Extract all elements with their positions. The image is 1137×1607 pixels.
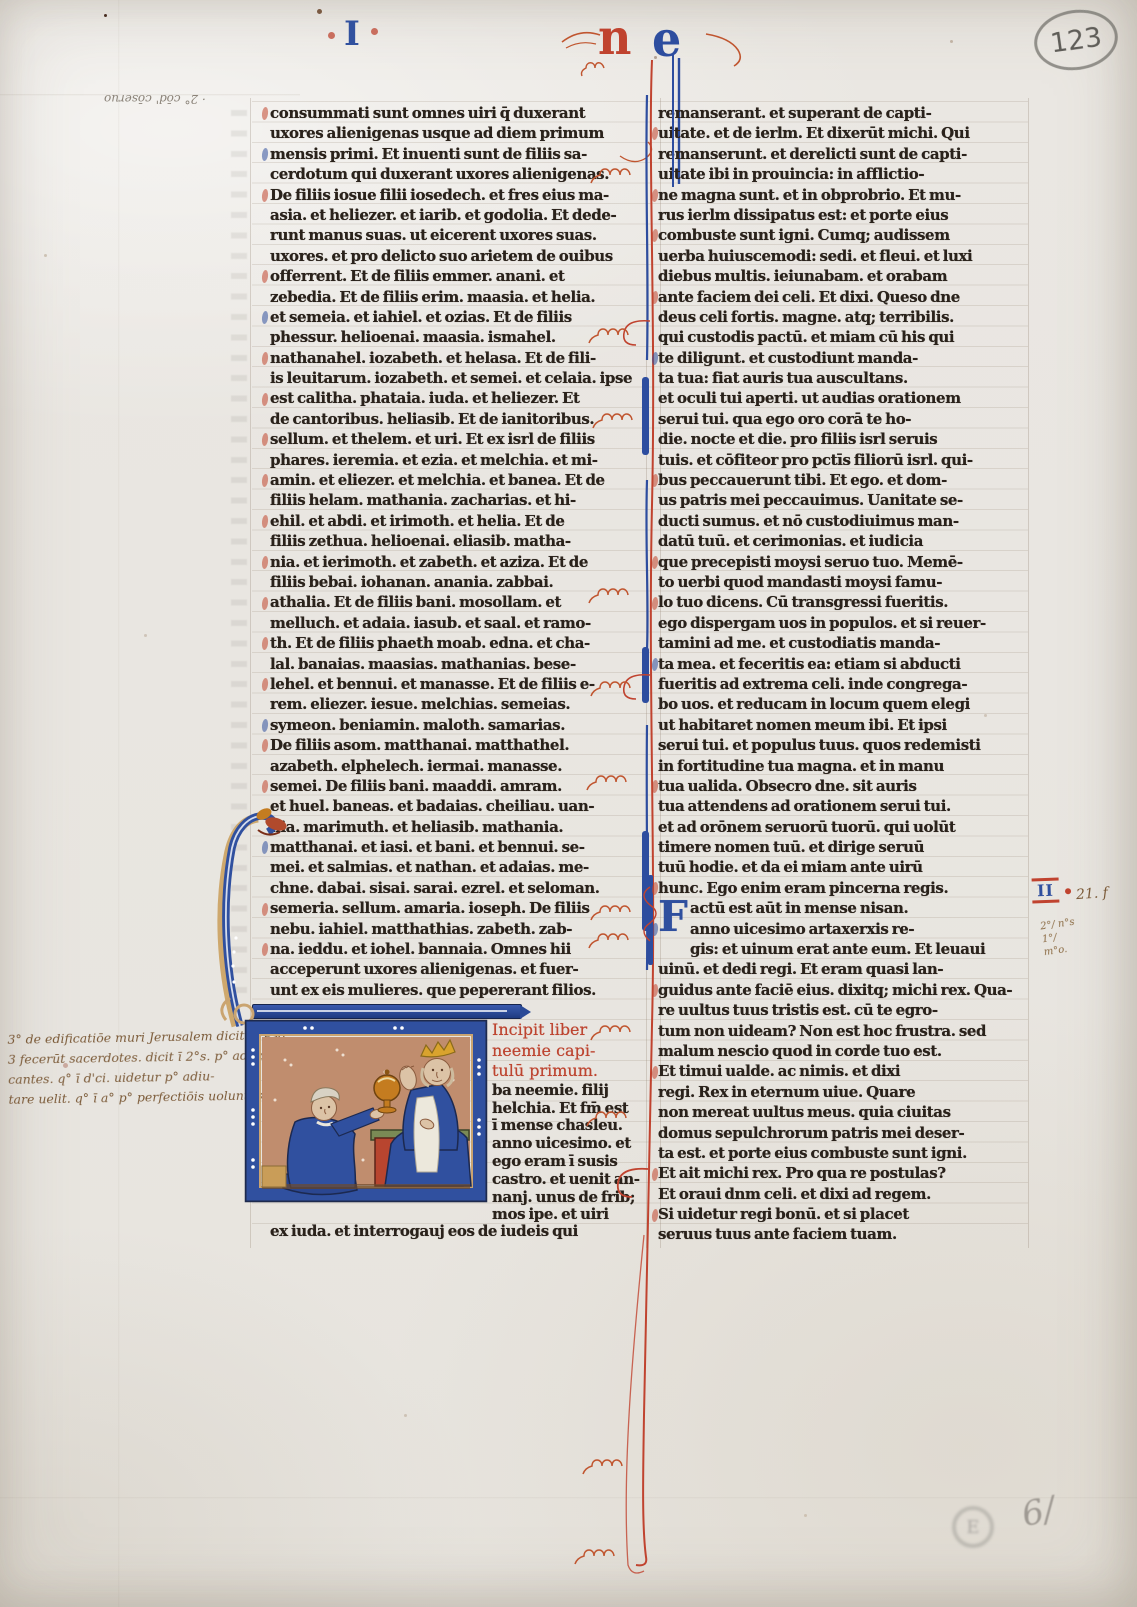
inverted-marginal-note: · 2° cōd' cōseruo xyxy=(104,92,206,106)
right-margin-scribbles: 2°/ n°s1°/m°o. xyxy=(1039,916,1079,959)
folio-number-text: 123 xyxy=(1048,21,1103,59)
rubrication-dab xyxy=(261,719,269,733)
rubrication-dab xyxy=(261,107,269,121)
manuscript-line: serui tui. qua ego oro corā te ho- xyxy=(658,409,1026,429)
parchment-speckles xyxy=(104,14,107,17)
manuscript-line: anno uicesimo artaxerxis re- xyxy=(658,919,1026,939)
ground-line xyxy=(262,1184,470,1189)
manuscript-line: que precepisti moysi seruo tuo. Memē- xyxy=(658,552,1026,572)
manuscript-line: ta est. et porte eius combuste sunt igni… xyxy=(658,1143,1026,1163)
rubrication-dab xyxy=(261,270,269,284)
manuscript-line: regi. Rex in eternum uiue. Quare xyxy=(658,1082,1026,1102)
manuscript-line: uitate. et de ierlm. Et dixerūt michi. Q… xyxy=(658,123,1026,143)
column2-nehemiah1: remanserant. et superant de capti-uitate… xyxy=(658,103,1026,898)
folio-number: 123 xyxy=(1030,4,1122,75)
column2-nehemiah2: actū est aūt in mense nisan.anno uicesim… xyxy=(658,898,1026,1245)
ruling-vertical-right xyxy=(1028,98,1029,1248)
manuscript-line: serui tui. et populus tuus. quos redemis… xyxy=(658,735,1026,755)
manuscript-line: deus celi fortis. magne. atq; terribilis… xyxy=(658,307,1026,327)
rubrication-dab xyxy=(261,147,269,161)
quire-mark-i: I xyxy=(344,14,360,54)
gloss-line: tare uelit. q° ī a° p° perfectiōis uolun… xyxy=(8,1086,223,1110)
rubrication-dab xyxy=(261,555,269,569)
manuscript-line: diebus multis. ieiunabam. et orabam xyxy=(658,266,1026,286)
manuscript-line: in fortitudine tua magna. et in manu xyxy=(658,756,1026,776)
manuscript-line: qui custodis pactū. et miam cū his qui xyxy=(658,327,1026,347)
manuscript-line: uitate ibi in prouincia: in afflictio- xyxy=(658,164,1026,184)
initial-ascender-icon xyxy=(206,786,301,1031)
manuscript-line: non mereat uultus meus. quia ciuitas xyxy=(658,1102,1026,1122)
manuscript-line: uerba huiuscemodi: sedi. et fleui. et lu… xyxy=(658,246,1026,266)
rubrication-dab xyxy=(261,678,269,692)
column1-last-line: ex iuda. et interrogauj eos de iudeis qu… xyxy=(270,1222,578,1240)
right-margin-note: 21. f xyxy=(1075,885,1108,903)
manuscript-line: ante faciem dei celi. Et dixi. Queso dne xyxy=(658,287,1026,307)
manuscript-line: ego dispergam uos in populos. et si reue… xyxy=(658,613,1026,633)
manuscript-line: Si uidetur regi bonū. et si placet xyxy=(658,1204,1026,1224)
rubrication-dab xyxy=(261,637,269,651)
manuscript-line: uinū. et dedi regi. Et eram quasi lan- xyxy=(658,959,1026,979)
manuscript-line: die. nocte et die. pro filiis isrl serui… xyxy=(658,429,1026,449)
manuscript-line: tamini ad me. et custodiatis manda- xyxy=(658,633,1026,653)
manuscript-line: et ad orōnem seruorū tuorū. qui uolūt xyxy=(658,817,1026,837)
manuscript-line: tuis. et cōfiteor pro pctīs filiorū isrl… xyxy=(658,450,1026,470)
manuscript-line: timere nomen tuū. et dirige seruū xyxy=(658,837,1026,857)
historiated-initial-miniature xyxy=(245,1020,487,1202)
manuscript-line: Et timui ualde. ac nimis. et dixi xyxy=(658,1061,1026,1081)
manuscript-line: ducti sumus. et nō custodiuimus man- xyxy=(658,511,1026,531)
gold-corner xyxy=(262,1166,286,1187)
manuscript-line: tua attendens ad orationem serui tui. xyxy=(658,796,1026,816)
rubrication-dab xyxy=(261,311,269,325)
pencil-mark: 6/ xyxy=(1018,1489,1059,1535)
manuscript-line: tua ualida. Obsecro dne. sit auris xyxy=(658,776,1026,796)
manuscript-line: seruus tuus ante faciem tuam. xyxy=(658,1224,1026,1244)
rubrication-dab xyxy=(261,351,269,365)
manuscript-line: gis: et uinum erat ante eum. Et leuaui xyxy=(658,939,1026,959)
manuscript-line: to uerbi quod mandasti moysi famu- xyxy=(658,572,1026,592)
chapter2-block: F actū est aūt in mense nisan.anno uices… xyxy=(658,898,1026,1245)
manuscript-line: actū est aūt in mense nisan. xyxy=(658,898,1026,918)
manuscript-line: hunc. Ego enim eram pincerna regis. xyxy=(658,878,1026,898)
column2-text: remanserant. et superant de capti-uitate… xyxy=(658,103,1026,1245)
rubrication-dab xyxy=(261,433,269,447)
manuscript-line: fueritis ad extrema celi. inde congrega- xyxy=(658,674,1026,694)
manuscript-line: tum non uideam? Non est hoc frustra. sed xyxy=(658,1021,1026,1041)
manuscript-line: bus peccauerunt tibi. Et ego. et dom- xyxy=(658,470,1026,490)
left-margin-gloss: 3° de edificatiōe muri Jerusalem dicit. … xyxy=(7,1026,223,1110)
manuscript-line: ne magna sunt. et in obprobrio. Et mu- xyxy=(658,185,1026,205)
manuscript-line: remanserant. et superant de capti- xyxy=(658,103,1026,123)
manuscript-line: domus sepulchrorum patris mei deser- xyxy=(658,1123,1026,1143)
manuscript-line: guidus ante faciē eius. dixitq; michi re… xyxy=(658,980,1026,1000)
manuscript-line: lo tuo dicens. Cū transgressi fueritis. xyxy=(658,592,1026,612)
manuscript-line: te diligunt. et custodiunt manda- xyxy=(658,348,1026,368)
manuscript-line: rus ierlm dissipatus est: et porte eius xyxy=(658,205,1026,225)
rubrication-dab xyxy=(261,392,269,406)
manuscript-line: tuū hodie. et da ei miam ante uirū xyxy=(658,857,1026,877)
rubrication-dab xyxy=(261,515,269,529)
faint-stamp: E xyxy=(952,1506,994,1548)
manuscript-line: et oculi tui aperti. ut audias orationem xyxy=(658,388,1026,408)
manuscript-line: ta mea. et feceritis ea: etiam si abduct… xyxy=(658,654,1026,674)
manuscript-line: ut habitaret nomen meum ibi. Et ipsi xyxy=(658,715,1026,735)
rubrication-dab xyxy=(261,188,269,202)
manuscript-line: remanserunt. et derelicti sunt de capti- xyxy=(658,144,1026,164)
manuscript-line: combuste sunt igni. Cumq; audissem xyxy=(658,225,1026,245)
chapter2-numeral: II xyxy=(1032,878,1060,904)
rubrication-dab xyxy=(261,739,269,753)
manuscript-page: 123 I n e · 2° cōd' cōseruo 3° de edific… xyxy=(0,0,1137,1607)
manuscript-line: ta tua: fiat auris tua auscultans. xyxy=(658,368,1026,388)
manuscript-line: re uultus tuus tristis est. cū te egro- xyxy=(658,1000,1026,1020)
manuscript-line: malum nescio quod in corde tuo est. xyxy=(658,1041,1026,1061)
manuscript-line: Et oraui dnm celi. et dixi ad regem. xyxy=(658,1184,1026,1204)
rubrication-dab xyxy=(261,474,269,488)
manuscript-line: us patris mei peccauimus. Uanitate se- xyxy=(658,490,1026,510)
manuscript-line: Et ait michi rex. Pro qua re postulas? xyxy=(658,1163,1026,1183)
manuscript-line: datū tuū. et cerimonias. et iudicia xyxy=(658,531,1026,551)
rubrication-dab xyxy=(261,596,269,610)
manuscript-line: bo uos. et reducam in locum quem elegi xyxy=(658,694,1026,714)
gutter-flourish-icon xyxy=(570,25,695,1590)
